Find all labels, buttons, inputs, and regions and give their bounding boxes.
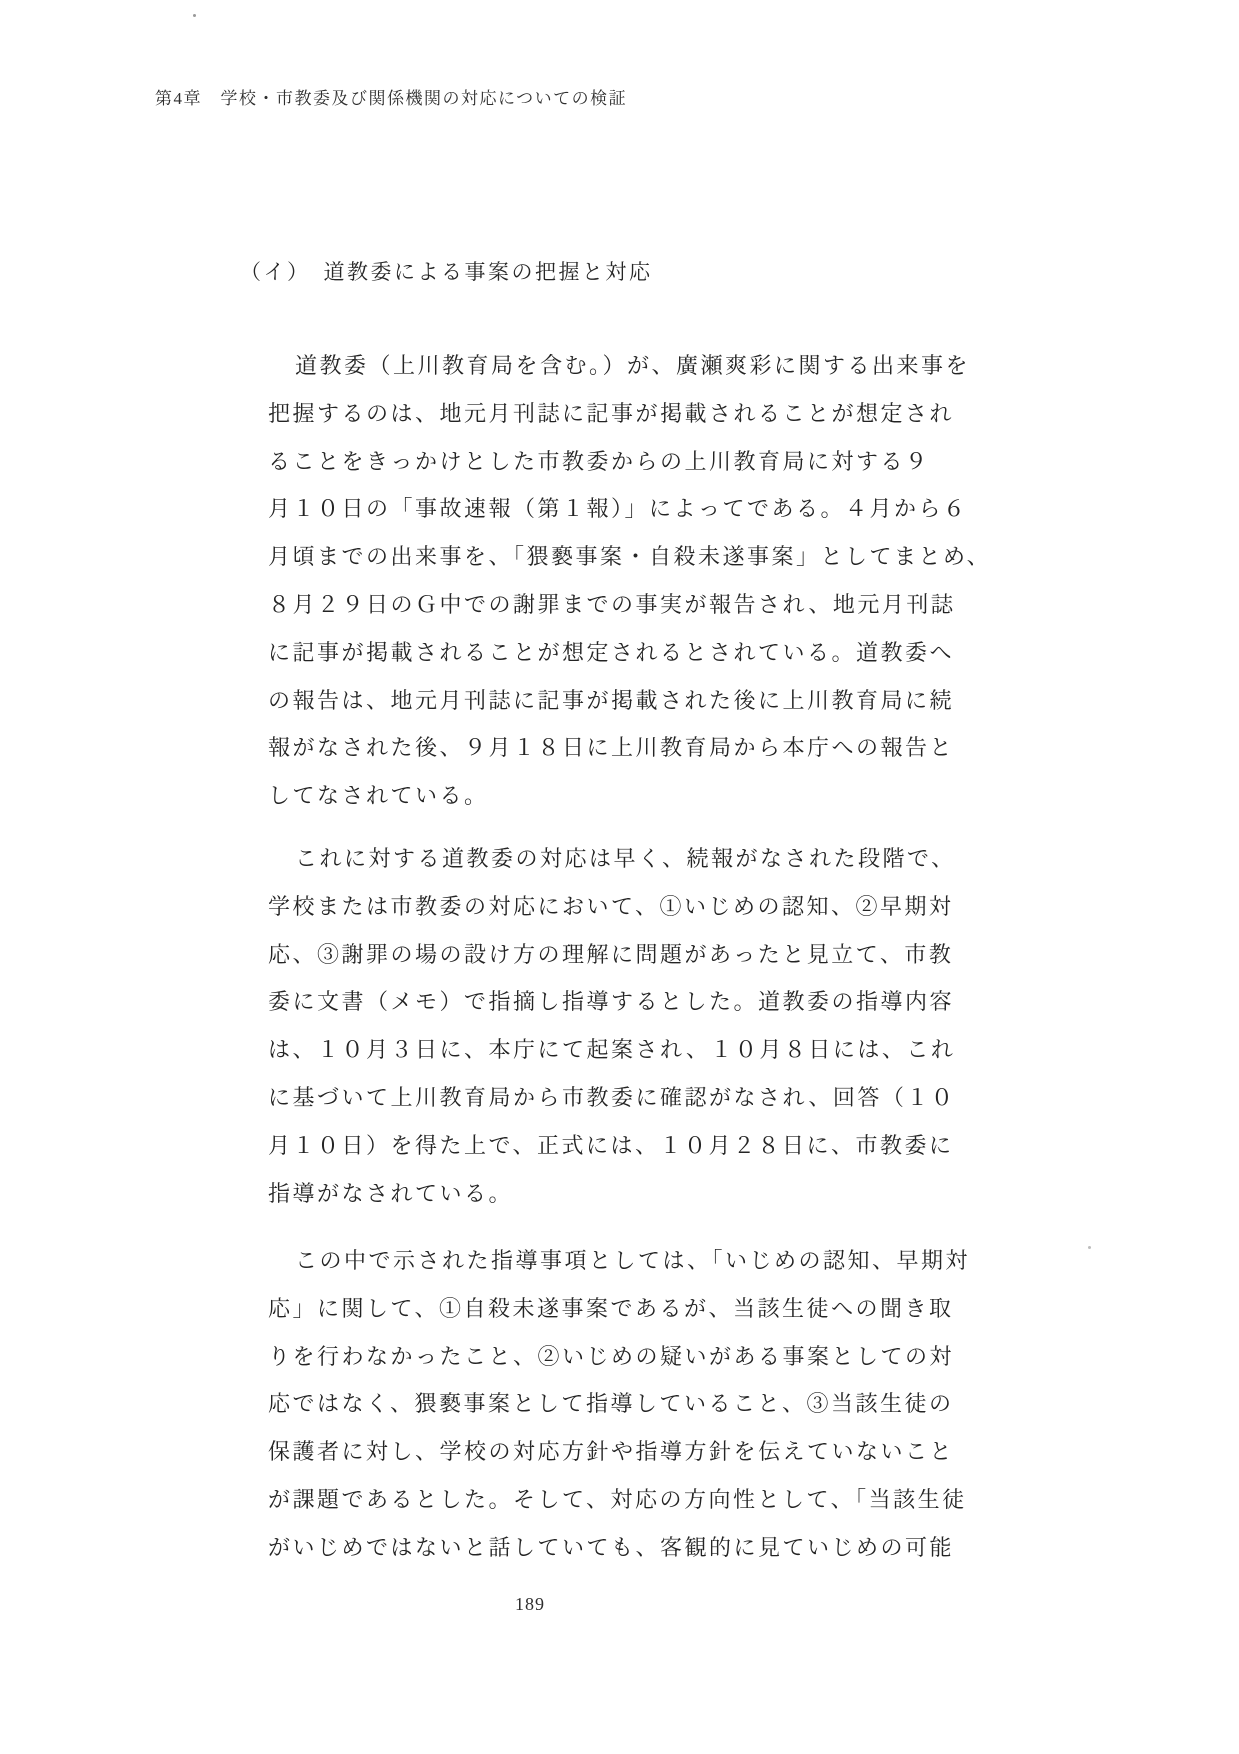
text-line: は、１０月３日に、本庁にて起案され、１０月８日には、これ [268, 1026, 968, 1074]
text-line: がいじめではないと話していても、客観的に見ていじめの可能 [268, 1524, 968, 1572]
text-line: この中で示された指導事項としては、「いじめの認知、早期対 [268, 1237, 968, 1285]
scan-artifact-dot [193, 14, 196, 17]
text-line: 応」に関して、①自殺未遂事案であるが、当該生徒への聞き取 [268, 1285, 968, 1333]
text-line: 月頃までの出来事を、「猥褻事案・自殺未遂事案」としてまとめ、 [268, 533, 968, 581]
text-line: ８月２９日のＧ中での謝罪までの事実が報告され、地元月刊誌 [268, 581, 968, 629]
text-line: 応、③謝罪の場の設け方の理解に問題があったと見立て、市教 [268, 931, 968, 979]
chapter-header: 第4章 学校・市教委及び関係機関の対応についての検証 [155, 84, 627, 109]
text-line: ることをきっかけとした市教委からの上川教育局に対する９ [268, 438, 968, 486]
text-line: 指導がなされている。 [268, 1170, 968, 1218]
text-line: 道教委（上川教育局を含む。）が、廣瀬爽彩に関する出来事を [268, 342, 968, 390]
text-line: 保護者に対し、学校の対応方針や指導方針を伝えていないこと [268, 1428, 968, 1476]
text-line: 委に文書（メモ）で指摘し指導するとした。道教委の指導内容 [268, 978, 968, 1026]
paragraph-3: この中で示された指導事項としては、「いじめの認知、早期対 応」に関して、①自殺未… [268, 1237, 968, 1572]
text-line: に記事が掲載されることが想定されるとされている。道教委へ [268, 629, 968, 677]
scan-artifact-dot [1088, 1246, 1091, 1249]
page-number: 189 [470, 1594, 590, 1615]
text-line: 月１０日）を得た上で、正式には、１０月２８日に、市教委に [268, 1122, 968, 1170]
text-line: の報告は、地元月刊誌に記事が掲載された後に上川教育局に続 [268, 677, 968, 725]
text-line: これに対する道教委の対応は早く、続報がなされた段階で、 [268, 835, 968, 883]
text-line: 報がなされた後、９月１８日に上川教育局から本庁への報告と [268, 724, 968, 772]
text-line: 学校または市教委の対応において、①いじめの認知、②早期対 [268, 883, 968, 931]
section-heading: （イ） 道教委による事案の把握と対応 [240, 256, 653, 286]
paragraph-1: 道教委（上川教育局を含む。）が、廣瀬爽彩に関する出来事を 把握するのは、地元月刊… [268, 342, 968, 820]
text-line: が課題であるとした。そして、対応の方向性として、「当該生徒 [268, 1476, 968, 1524]
text-line: 月１０日の「事故速報（第１報）」によってである。４月から６ [268, 485, 968, 533]
text-line: りを行わなかったこと、②いじめの疑いがある事案としての対 [268, 1333, 968, 1381]
paragraph-2: これに対する道教委の対応は早く、続報がなされた段階で、 学校または市教委の対応に… [268, 835, 968, 1217]
text-line: 把握するのは、地元月刊誌に記事が掲載されることが想定され [268, 390, 968, 438]
document-page: 第4章 学校・市教委及び関係機関の対応についての検証 （イ） 道教委による事案の… [0, 0, 1239, 1754]
text-line: 応ではなく、猥褻事案として指導していること、③当該生徒の [268, 1380, 968, 1428]
text-line: してなされている。 [268, 772, 968, 820]
text-line: に基づいて上川教育局から市教委に確認がなされ、回答（１０ [268, 1074, 968, 1122]
